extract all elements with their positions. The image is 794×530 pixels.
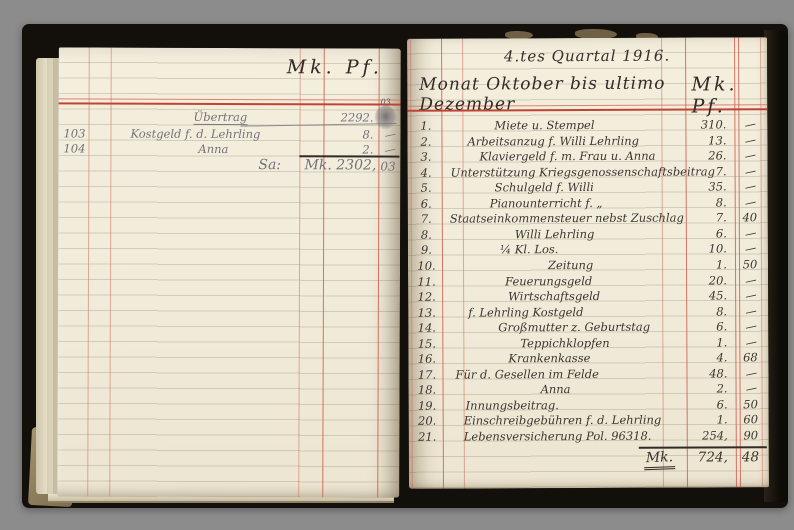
row-number: 3. <box>411 150 442 165</box>
row-amount-pfennig: — <box>739 195 761 210</box>
row-number: 10. <box>411 259 442 274</box>
row-description: Für d. Gesellen im Felde <box>463 366 663 382</box>
row-description: Pianounterricht f. „ <box>463 195 663 211</box>
row-amount-mark: 45. <box>684 288 727 303</box>
row-description: Feuerungsgeld <box>463 273 663 289</box>
row-number: 2. <box>410 134 441 149</box>
row-amount-mark: 1. <box>684 335 727 350</box>
row-number: 20. <box>412 414 443 429</box>
row-description: Zeitung <box>463 258 663 274</box>
ledger-photo: Mk. Pf. Übertrag2292.103Kostgeld f. d. L… <box>0 0 794 530</box>
row-amount-pfennig: 50 <box>739 257 761 272</box>
row-description: Willi Lehrling <box>463 227 663 243</box>
row-amount-mark: 1. <box>684 257 727 272</box>
row-amount-pfennig: — <box>740 382 762 397</box>
sum-amount: Mk. 2302, <box>294 157 376 173</box>
row-amount-mark: 2. <box>685 382 728 397</box>
row-amount-pfennig: — <box>739 288 761 303</box>
row-number: 5. <box>411 181 442 196</box>
row-number: 13. <box>411 305 442 320</box>
row-number: 9. <box>411 243 442 258</box>
row-amount-mark: 6. <box>685 397 728 412</box>
row-description: Großmutter z. Geburtstag <box>463 320 663 336</box>
row-amount-pfennig: — <box>739 226 761 241</box>
total-pfennig: 48 <box>742 449 759 465</box>
right-page: 4.tes Quartal 1916. Monat Oktober bis ul… <box>407 37 769 489</box>
row-amount-mark: 254, <box>685 428 728 443</box>
row-number: 16. <box>411 352 442 367</box>
row-description: Anna <box>114 142 300 158</box>
row-description: Miete u. Stempel <box>462 118 662 134</box>
smudge-note: 03 <box>381 98 391 107</box>
row-amount-pfennig: — <box>739 304 761 319</box>
row-amount-mark: 20. <box>684 273 727 288</box>
row-amount-pfennig: 90 <box>740 428 762 443</box>
currency-header-right: Mk. Pf. <box>691 73 761 117</box>
row-amount-pfennig: — <box>739 242 761 257</box>
row-amount-mark: 7. <box>684 211 727 226</box>
row-amount-mark: 7. <box>684 164 727 179</box>
page-edge-stack <box>36 58 60 494</box>
row-description: ¼ Kl. Los. <box>463 242 663 258</box>
row-number: 19. <box>412 399 443 414</box>
row-amount-mark: 8. <box>684 195 727 210</box>
row-number: 103 <box>60 126 88 141</box>
row-amount-pfennig: 68 <box>739 350 761 365</box>
row-number: 21. <box>412 430 443 445</box>
row-description: Schulgeld f. Willi <box>463 180 663 196</box>
row-amount-pfennig: — <box>378 128 400 143</box>
pencil-smudge <box>375 106 397 130</box>
row-number: 6. <box>411 196 442 211</box>
row-amount-mark: 4. <box>684 351 727 366</box>
row-description: Arbeitsanzug f. Willi Lehrling <box>462 133 662 149</box>
row-description: f. Lehrling Kostgeld <box>463 304 663 320</box>
entry-row: 21.Lebensversicherung Pol. 96318.254,90 <box>409 428 769 446</box>
row-description: Einschreibgebühren f. d. Lehrling <box>464 413 664 429</box>
row-amount-mark: 6. <box>684 320 727 335</box>
row-number: 104 <box>60 141 88 156</box>
left-page: Mk. Pf. Übertrag2292.103Kostgeld f. d. L… <box>57 47 401 497</box>
row-number: 18. <box>412 383 443 398</box>
row-amount-mark: 8. <box>684 304 727 319</box>
row-number: 14. <box>411 321 442 336</box>
row-number: 15. <box>411 336 442 351</box>
row-description: Klaviergeld f. m. Frau u. Anna <box>463 149 663 165</box>
row-description: Wirtschaftsgeld <box>463 289 663 305</box>
row-amount-mark: 13. <box>683 133 726 148</box>
row-amount-pfennig: 60 <box>740 413 762 428</box>
row-amount-pfennig: — <box>738 117 760 132</box>
row-number: 8. <box>411 227 442 242</box>
row-amount-mark: 48. <box>684 366 727 381</box>
row-amount-pfennig: — <box>738 133 760 148</box>
row-amount-pfennig: — <box>739 366 761 381</box>
row-amount-mark: 26. <box>684 148 727 163</box>
row-amount-pfennig: — <box>739 319 761 334</box>
row-description: Unterstützung Kriegsgenossenschaftsbeitr… <box>463 164 663 180</box>
row-amount-mark: 6. <box>684 226 727 241</box>
row-description: Krankenkasse <box>463 351 663 367</box>
sum-prefix: Sa: <box>258 157 281 173</box>
row-description: Innungsbeitrag. <box>464 398 664 414</box>
row-amount-pfennig: — <box>739 164 761 179</box>
page-subtitle-row: Monat Oktober bis ultimo Dezember Mk. Pf… <box>419 73 761 118</box>
row-description: Lebensversicherung Pol. 96318. <box>464 429 664 445</box>
row-amount-pfennig: — <box>739 148 761 163</box>
row-number: 1. <box>410 119 441 134</box>
page-title: 4.tes Quartal 1916. <box>477 47 697 66</box>
row-amount-pfennig: 40 <box>739 211 761 226</box>
row-amount-mark: 310. <box>683 117 726 132</box>
total-mark: 724, <box>685 449 728 465</box>
row-description: Staatseinkommensteuer nebst Zuschlag <box>463 211 663 227</box>
row-amount-pfennig: — <box>739 179 761 194</box>
currency-header-left: Mk. Pf. <box>287 56 383 78</box>
total-currency: Mk. <box>643 449 675 470</box>
row-number: 4. <box>411 165 442 180</box>
row-amount-mark: 35. <box>684 180 727 195</box>
row-description: Kostgeld f. d. Lehrling <box>114 127 300 143</box>
row-amount-mark: 8. <box>321 127 373 142</box>
row-description: Übertrag <box>115 110 301 126</box>
row-description: Anna <box>464 382 664 398</box>
sum-pfennig: 03 <box>380 160 395 174</box>
row-description: Teppichklopfen <box>463 335 663 351</box>
row-amount-mark: 1. <box>685 413 728 428</box>
row-amount-mark: 10. <box>684 242 727 257</box>
row-amount-pfennig: — <box>739 273 761 288</box>
row-number: 7. <box>411 212 442 227</box>
row-amount-pfennig: — <box>739 335 761 350</box>
row-number: 12. <box>411 290 442 305</box>
row-number: 11. <box>411 274 442 289</box>
row-amount-pfennig: 50 <box>740 397 762 412</box>
page-subtitle: Monat Oktober bis ultimo Dezember <box>419 74 691 119</box>
row-number: 17. <box>411 367 442 382</box>
